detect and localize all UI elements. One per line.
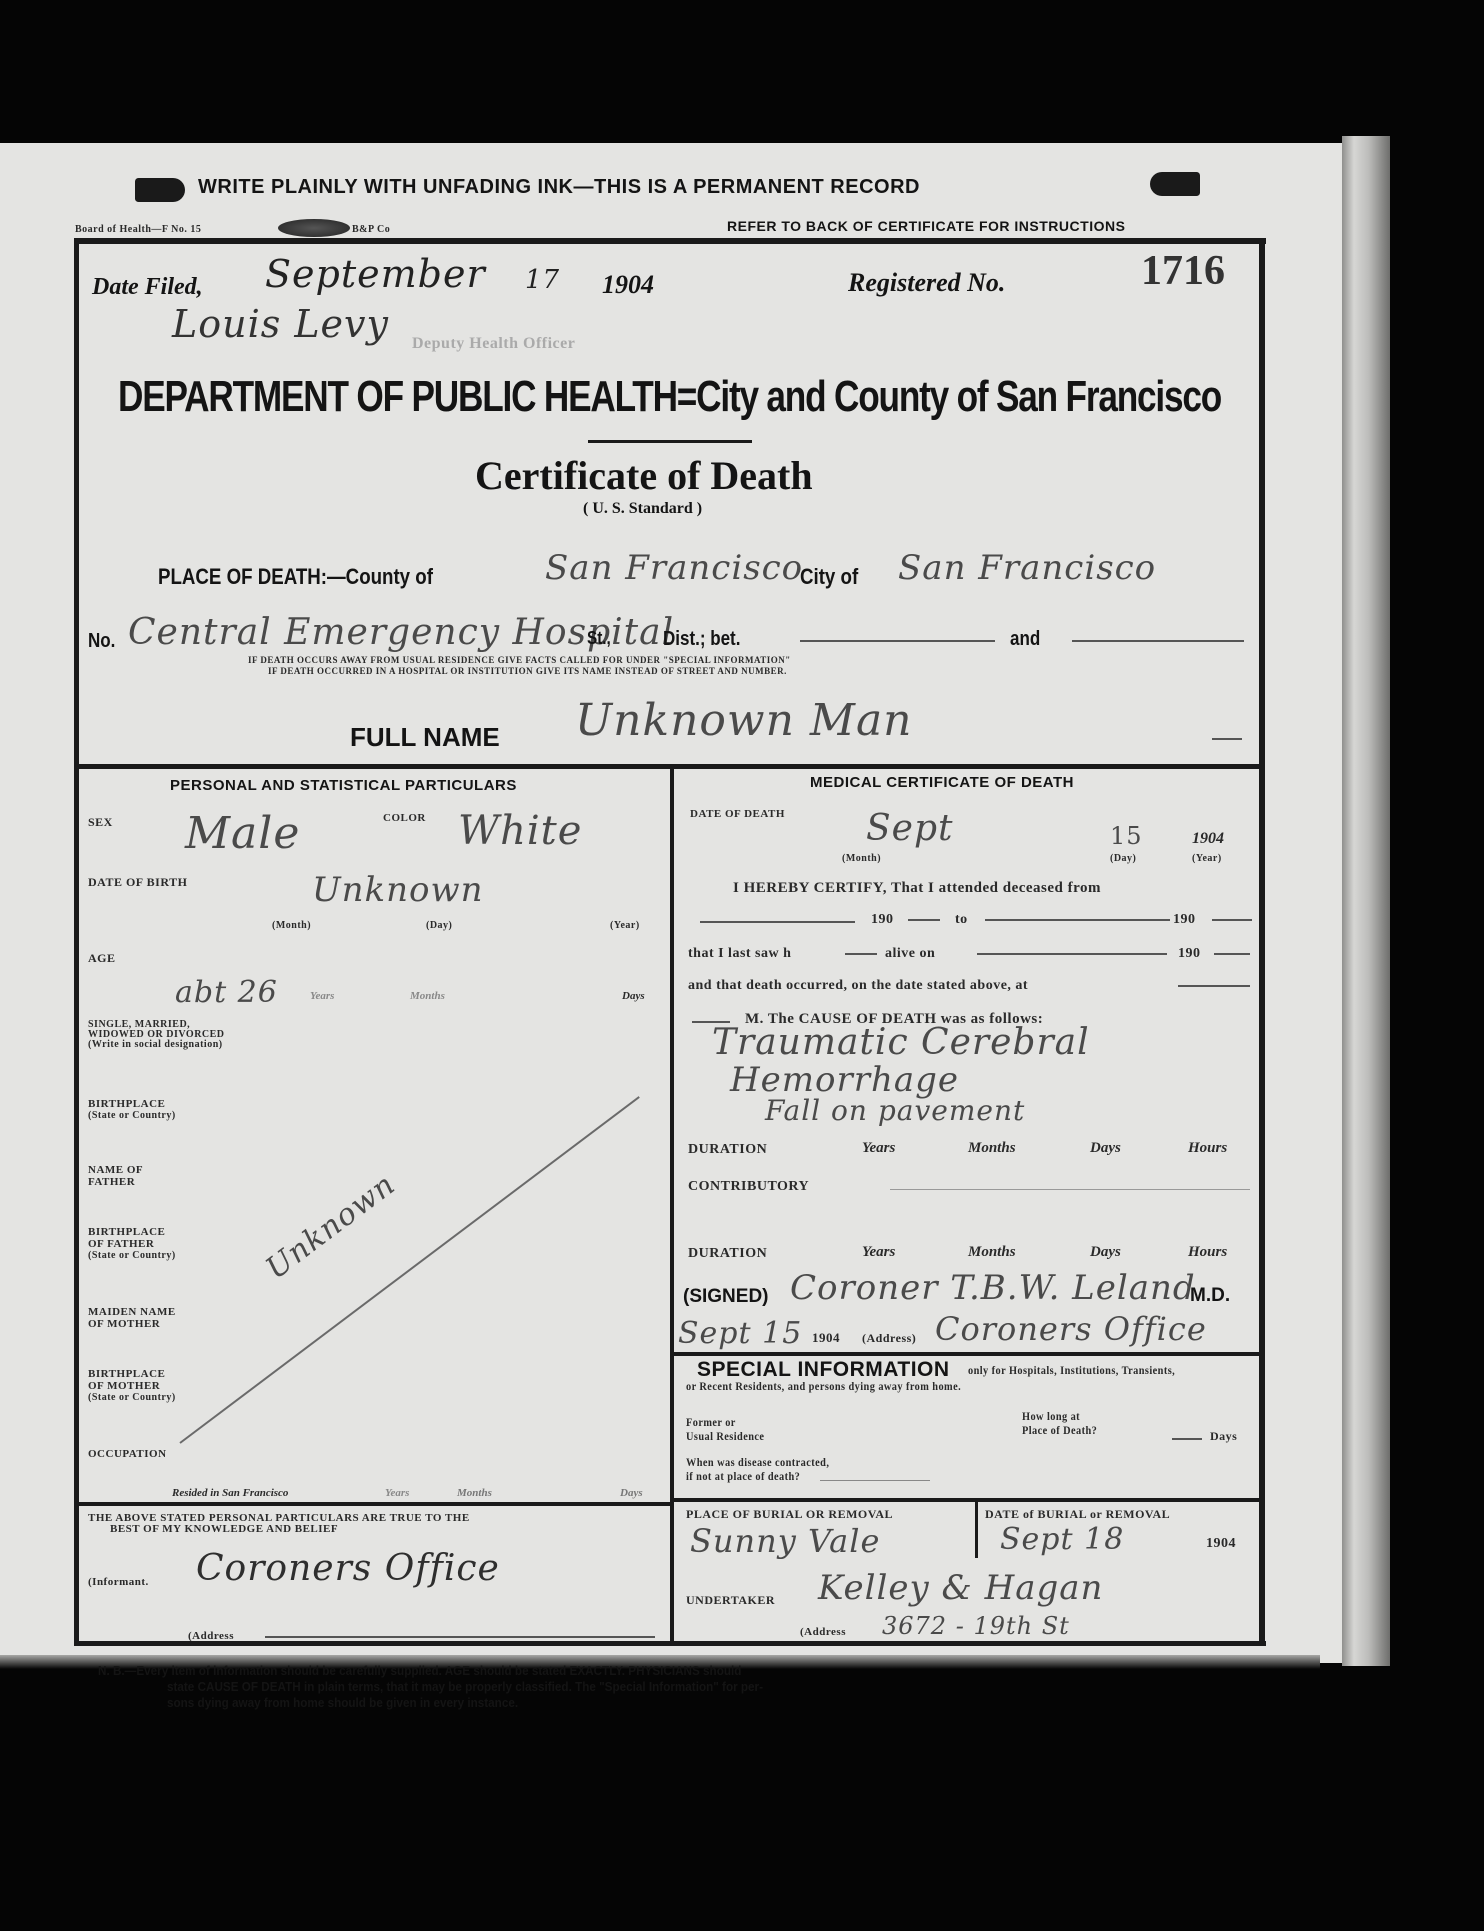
to-blank: [985, 919, 1170, 921]
street-st-label: St.,: [587, 628, 611, 649]
duration-label-2: DURATION: [688, 1248, 767, 1260]
burial-divider: [674, 1498, 1259, 1502]
officer-title-stamp: Deputy Health Officer: [412, 338, 575, 350]
medical-address-label: (Address): [862, 1332, 916, 1344]
death-occurred-text: and that death occurred, on the date sta…: [688, 980, 1028, 992]
registered-number: 1716: [1141, 247, 1225, 295]
special-info-subtitle-1: only for Hospitals, Institutions, Transi…: [968, 1364, 1175, 1376]
last-saw-text: that I last saw h: [688, 948, 791, 960]
dod-day-label: (Day): [1110, 853, 1136, 865]
informant-address-label: (Address: [188, 1630, 234, 1642]
cause-line-3: Fall on pavement: [765, 1094, 1025, 1127]
sex-label: SEX: [88, 816, 113, 828]
birthplace-label-2: (State or Country): [88, 1110, 176, 1122]
contracted-blank: [820, 1480, 930, 1481]
pronoun-blank: [845, 953, 877, 955]
resided-months-label: Months: [457, 1487, 492, 1499]
full-name-end-dash: [1212, 738, 1242, 740]
duration-years-label-2: Years: [862, 1244, 895, 1261]
title-underline: [588, 440, 752, 443]
father-name-label-1: NAME OF: [88, 1164, 143, 1176]
dob-month-label: (Month): [272, 920, 311, 932]
burial-place-label: PLACE OF BURIAL OR REMOVAL: [686, 1508, 893, 1520]
frame-right: [1259, 238, 1265, 1646]
alive-on-text: alive on: [885, 948, 935, 960]
mother-birthplace-label-1: BIRTHPLACE: [88, 1368, 165, 1380]
column-divider: [670, 769, 674, 1641]
undertaker-address: 3672 - 19th St: [882, 1612, 1070, 1640]
frame-left: [74, 238, 79, 1646]
burial-year: 1904: [1206, 1538, 1236, 1550]
burial-place: Sunny Vale: [690, 1522, 880, 1560]
city-label: City of: [800, 564, 858, 590]
father-name-label-2: FATHER: [88, 1176, 135, 1188]
former-residence-label-1: Former or: [686, 1416, 736, 1428]
from-year-blank: [908, 919, 940, 921]
dod-month-label: (Month): [842, 853, 881, 865]
to-label: to: [955, 914, 968, 926]
alive-year-blank: [1214, 953, 1250, 955]
undertaker-name: Kelley & Hagan: [818, 1568, 1103, 1608]
printer-mark: B&P Co: [352, 224, 390, 236]
contributory-blank: [890, 1189, 1250, 1190]
and-label: and: [1010, 628, 1040, 651]
informant-address-blank: [265, 1636, 655, 1638]
contracted-label-2: if not at place of death?: [686, 1470, 800, 1482]
medical-heading: MEDICAL CERTIFICATE OF DEATH: [810, 774, 1074, 791]
union-seal-icon: [278, 219, 350, 237]
us-standard: ( U. S. Standard ): [583, 500, 702, 518]
cause-line-1: Traumatic Cerebral: [712, 1022, 1090, 1063]
footnote-line-1: N. B.—Every item of information should b…: [98, 1663, 741, 1678]
and-blank: [1072, 640, 1244, 642]
duration-years-label: Years: [862, 1140, 895, 1157]
duration-days-label-2: Days: [1090, 1244, 1121, 1261]
how-long-days-label: Days: [1210, 1430, 1237, 1442]
duration-hours-label: Hours: [1188, 1140, 1227, 1157]
how-long-label-2: Place of Death?: [1022, 1424, 1097, 1436]
age-years-label: Years: [310, 990, 334, 1002]
informant-label: (Informant.: [88, 1576, 149, 1588]
certificate-title: Certificate of Death: [475, 452, 813, 499]
personal-heading: PERSONAL AND STATISTICAL PARTICULARS: [170, 777, 517, 794]
full-name-label: FULL NAME: [350, 722, 500, 753]
contributory-label: CONTRIBUTORY: [688, 1181, 809, 1193]
place-note-2: IF DEATH OCCURRED IN A HOSPITAL OR INSTI…: [268, 665, 787, 677]
undertaker-label: UNDERTAKER: [686, 1594, 775, 1606]
medical-address: Coroners Office: [935, 1310, 1207, 1348]
how-long-blank: [1172, 1438, 1202, 1440]
age-label: AGE: [88, 952, 116, 964]
dob-label: DATE OF BIRTH: [88, 876, 187, 888]
former-residence-label-2: Usual Residence: [686, 1430, 764, 1442]
footnote-line-3: sons dying away from home should be give…: [167, 1695, 518, 1710]
burial-date-label: DATE of BURIAL or REMOVAL: [985, 1508, 1170, 1520]
city-value: San Francisco: [898, 548, 1156, 588]
date-filed-month: September: [265, 252, 486, 296]
duration-days-label: Days: [1090, 1140, 1121, 1157]
special-info-divider: [674, 1352, 1259, 1356]
color-label: COLOR: [383, 812, 426, 824]
duration-months-label-2: Months: [968, 1244, 1016, 1261]
how-long-label-1: How long at: [1022, 1410, 1080, 1422]
age-days-label: Days: [622, 990, 645, 1002]
md-label: M.D.: [1190, 1285, 1230, 1307]
resided-days-label: Days: [620, 1487, 643, 1499]
special-info-subtitle-2: or Recent Residents, and persons dying a…: [686, 1380, 961, 1392]
dist-blank: [800, 640, 995, 642]
sex-value: Male: [185, 808, 300, 859]
date-of-death-label: DATE OF DEATH: [690, 808, 785, 820]
to-year-prefix: 190: [1173, 914, 1196, 926]
age-value: abt 26: [175, 975, 278, 1010]
burial-column-divider: [975, 1502, 978, 1558]
dod-year-label: (Year): [1192, 853, 1222, 865]
date-filed-year: 1904: [602, 270, 654, 300]
mother-birthplace-label-3: (State or Country): [88, 1392, 176, 1404]
officer-signature: Louis Levy: [172, 302, 389, 346]
banner-text: WRITE PLAINLY WITH UNFADING INK—THIS IS …: [198, 176, 920, 199]
burial-date: Sept 18: [1000, 1522, 1124, 1557]
sign-year: 1904: [812, 1332, 840, 1344]
to-year-blank: [1212, 919, 1252, 921]
father-birthplace-label-2: OF FATHER: [88, 1238, 154, 1250]
street-no-label: No.: [88, 630, 115, 653]
color-value: White: [458, 808, 582, 854]
attest-line-2: BEST OF MY KNOWLEDGE AND BELIEF: [110, 1523, 338, 1535]
county-value: San Francisco: [545, 548, 803, 588]
birthplace-label-1: BIRTHPLACE: [88, 1098, 165, 1110]
mother-name-label-2: OF MOTHER: [88, 1318, 160, 1330]
sign-date: Sept 15: [678, 1316, 802, 1351]
pointing-hand-icon-right: [1150, 172, 1200, 196]
from-year-prefix: 190: [871, 914, 894, 926]
resided-label: Resided in San Francisco: [172, 1487, 288, 1499]
date-filed-day: 17: [525, 265, 560, 295]
alive-year-prefix: 190: [1178, 948, 1201, 960]
resided-years-label: Years: [385, 1487, 409, 1499]
dob-year-label: (Year): [610, 920, 640, 932]
duration-label: DURATION: [688, 1144, 767, 1156]
father-birthplace-label-3: (State or Country): [88, 1250, 176, 1262]
father-birthplace-label-1: BIRTHPLACE: [88, 1226, 165, 1238]
date-of-death-year: 1904: [1192, 830, 1224, 848]
duration-months-label: Months: [968, 1140, 1016, 1157]
undertaker-address-label: (Address: [800, 1626, 846, 1638]
mother-name-label-1: MAIDEN NAME: [88, 1306, 176, 1318]
informant-value: Coroners Office: [196, 1548, 500, 1589]
signed-label: (SIGNED): [683, 1286, 769, 1308]
marital-label-3: (Write in social designation): [88, 1040, 223, 1050]
refer-note: REFER TO BACK OF CERTIFICATE FOR INSTRUC…: [727, 218, 1125, 234]
duration-hours-label-2: Hours: [1188, 1244, 1227, 1261]
personal-attest-divider: [79, 1502, 670, 1506]
frame-top: [74, 238, 1266, 244]
department-title: DEPARTMENT OF PUBLIC HEALTH=City and Cou…: [118, 372, 1221, 422]
pointing-hand-icon: [135, 178, 185, 202]
certify-text: I HEREBY CERTIFY, That I attended deceas…: [733, 880, 1101, 896]
alive-on-blank: [977, 953, 1167, 955]
age-months-label: Months: [410, 990, 445, 1002]
dist-label: Dist.; bet.: [663, 628, 740, 651]
frame-bottom: [74, 1641, 1266, 1646]
dob-value: Unknown: [312, 870, 484, 910]
dob-day-label: (Day): [426, 920, 452, 932]
from-blank: [700, 921, 855, 923]
date-of-death-month: Sept: [866, 808, 953, 849]
occupation-label: OCCUPATION: [88, 1448, 167, 1460]
board-form-number: Board of Health—F No. 15: [75, 224, 201, 236]
page-edge-binding: [1342, 136, 1390, 1666]
date-filed-label: Date Filed,: [92, 274, 203, 301]
mother-birthplace-label-2: OF MOTHER: [88, 1380, 160, 1392]
place-of-death-label: PLACE OF DEATH:—County of: [158, 564, 433, 590]
registered-label: Registered No.: [848, 268, 1005, 298]
contracted-label-1: When was disease contracted,: [686, 1456, 829, 1468]
date-of-death-day: 15: [1110, 822, 1143, 850]
signed-by: Coroner T.B.W. Leland: [790, 1268, 1196, 1308]
full-name-value: Unknown Man: [575, 695, 913, 746]
footnote-line-2: state CAUSE OF DEATH in plain terms, tha…: [167, 1679, 763, 1694]
occurred-time-blank: [1178, 985, 1250, 987]
